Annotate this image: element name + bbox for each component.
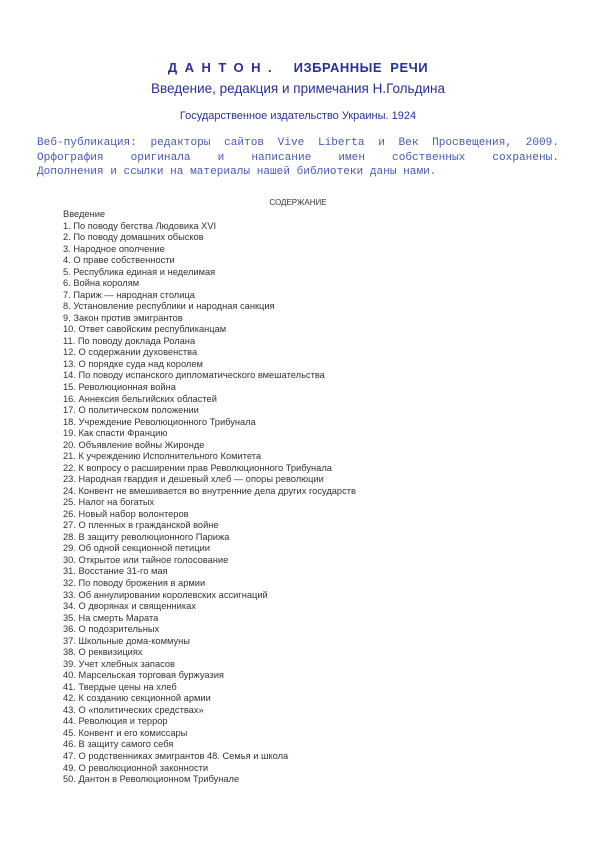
toc-item[interactable]: 10. Ответ савойским республиканцам — [63, 324, 356, 336]
toc-item[interactable]: 22. К вопросу о расширении прав Революци… — [63, 463, 356, 475]
toc-item[interactable]: 47. О родственниках эмигрантов 48. Семья… — [63, 751, 356, 763]
toc-item[interactable]: 16. Аннексия бельгийских областей — [63, 394, 356, 406]
toc-item[interactable]: 1. По поводу бегства Людовика XVI — [63, 221, 356, 233]
book-title: ДАНТОН. ИЗБРАННЫЕ РЕЧИ — [0, 60, 596, 75]
toc-item[interactable]: 43. О «политических средствах» — [63, 705, 356, 717]
note-line-1-word: сайтов — [224, 136, 264, 151]
publisher-line: Государственное издательство Украины. 19… — [0, 110, 596, 122]
toc-item[interactable]: 35. На смерть Марата — [63, 613, 356, 625]
toc-item[interactable]: 27. О пленных в гражданской войне — [63, 520, 356, 532]
note-line-2-word: и — [218, 151, 225, 166]
note-line-3: Дополнения и ссылки на материалы нашей б… — [37, 165, 559, 180]
toc-item[interactable]: 2. По поводу домашних обысков — [63, 232, 356, 244]
note-line-2-word: Орфография — [37, 151, 104, 166]
toc-item[interactable]: 24. Конвент не вмешивается во внутренние… — [63, 486, 356, 498]
toc-item[interactable]: 9. Закон против эмигрантов — [63, 313, 356, 325]
note-line-2-word: собственных — [392, 151, 465, 166]
note-line-1-word: Vive — [278, 136, 305, 151]
toc-item[interactable]: 39. Учет хлебных запасов — [63, 659, 356, 671]
toc-item[interactable]: 18. Учреждение Революционного Трибунала — [63, 417, 356, 429]
toc-item[interactable]: 41. Твердые цены на хлеб — [63, 682, 356, 694]
book-title-name: ИЗБРАННЫЕ РЕЧИ — [294, 60, 428, 75]
toc-item[interactable]: 5. Республика единая и неделимая — [63, 267, 356, 279]
toc-item[interactable]: 20. Объявление войны Жиронде — [63, 440, 356, 452]
note-line-1: Веб-публикация:редакторысайтовViveLibert… — [37, 136, 559, 151]
toc-item[interactable]: 25. Налог на богатых — [63, 497, 356, 509]
toc-item-introduction[interactable]: Введение — [63, 209, 356, 221]
toc-item[interactable]: 42. К созданию секционной армии — [63, 693, 356, 705]
toc-item[interactable]: 7. Париж — народная столица — [63, 290, 356, 302]
toc-item[interactable]: 11. По поводу доклада Ролана — [63, 336, 356, 348]
toc-item[interactable]: 50. Дантон в Революционном Трибунале — [63, 774, 356, 786]
web-publication-note: Веб-публикация:редакторысайтовViveLibert… — [37, 136, 559, 180]
note-line-2-word: сохранены. — [492, 151, 559, 166]
toc-item[interactable]: 29. Об одной секционной петиции — [63, 543, 356, 555]
toc-item[interactable]: 19. Как спасти Францию — [63, 428, 356, 440]
note-line-2-word: написание — [251, 151, 311, 166]
toc-item[interactable]: 12. О содержании духовенства — [63, 347, 356, 359]
note-line-2: Орфографияоригиналаинаписаниеименсобстве… — [37, 151, 559, 166]
table-of-contents: Введение1. По поводу бегства Людовика XV… — [63, 209, 356, 786]
toc-item[interactable]: 8. Установление республики и народная са… — [63, 301, 356, 313]
note-line-1-word: 2009. — [526, 136, 559, 151]
toc-item[interactable]: 45. Конвент и его комиссары — [63, 728, 356, 740]
toc-item[interactable]: 31. Восстание 31-го мая — [63, 566, 356, 578]
note-line-1-word: Веб-публикация: — [37, 136, 137, 151]
toc-item[interactable]: 15. Революционная война — [63, 382, 356, 394]
note-line-2-word: оригинала — [131, 151, 191, 166]
toc-item[interactable]: 49. О революционной законности — [63, 763, 356, 775]
toc-item[interactable]: 23. Народная гвардия и дешевый хлеб — оп… — [63, 474, 356, 486]
toc-item[interactable]: 33. Об аннулировании королевских ассигна… — [63, 590, 356, 602]
note-line-1-word: Liberta — [318, 136, 365, 151]
toc-item[interactable]: 3. Народное ополчение — [63, 244, 356, 256]
toc-item[interactable]: 28. В защиту революционного Парижа — [63, 532, 356, 544]
toc-item[interactable]: 37. Школьные дома-коммуны — [63, 636, 356, 648]
toc-item[interactable]: 44. Революция и террор — [63, 716, 356, 728]
toc-item[interactable]: 21. К учреждению Исполнительного Комитет… — [63, 451, 356, 463]
toc-item[interactable]: 46. В защиту самого себя — [63, 739, 356, 751]
toc-item[interactable]: 38. О реквизициях — [63, 647, 356, 659]
toc-heading: СОДЕРЖАНИЕ — [0, 198, 596, 207]
toc-item[interactable]: 13. О порядке суда над королем — [63, 359, 356, 371]
toc-item[interactable]: 14. По поводу испанского дипломатическог… — [63, 370, 356, 382]
toc-item[interactable]: 34. О дворянах и священниках — [63, 601, 356, 613]
toc-item[interactable]: 4. О праве собственности — [63, 255, 356, 267]
book-title-author: ДАНТОН. — [168, 60, 279, 75]
note-line-1-word: и — [378, 136, 385, 151]
book-subtitle: Введение, редакция и примечания Н.Гольди… — [0, 81, 596, 96]
toc-item[interactable]: 17. О политическом положении — [63, 405, 356, 417]
note-line-2-word: имен — [338, 151, 365, 166]
note-line-1-word: Просвещения, — [432, 136, 512, 151]
toc-item[interactable]: 36. О подозрительных — [63, 624, 356, 636]
toc-item[interactable]: 32. По поводу брожения в армии — [63, 578, 356, 590]
toc-item[interactable]: 30. Открытое или тайное голосование — [63, 555, 356, 567]
note-line-1-word: Век — [399, 136, 419, 151]
toc-item[interactable]: 6. Война королям — [63, 278, 356, 290]
note-line-1-word: редакторы — [151, 136, 211, 151]
toc-item[interactable]: 40. Марсельская торговая буржуазия — [63, 670, 356, 682]
toc-item[interactable]: 26. Новый набор волонтеров — [63, 509, 356, 521]
